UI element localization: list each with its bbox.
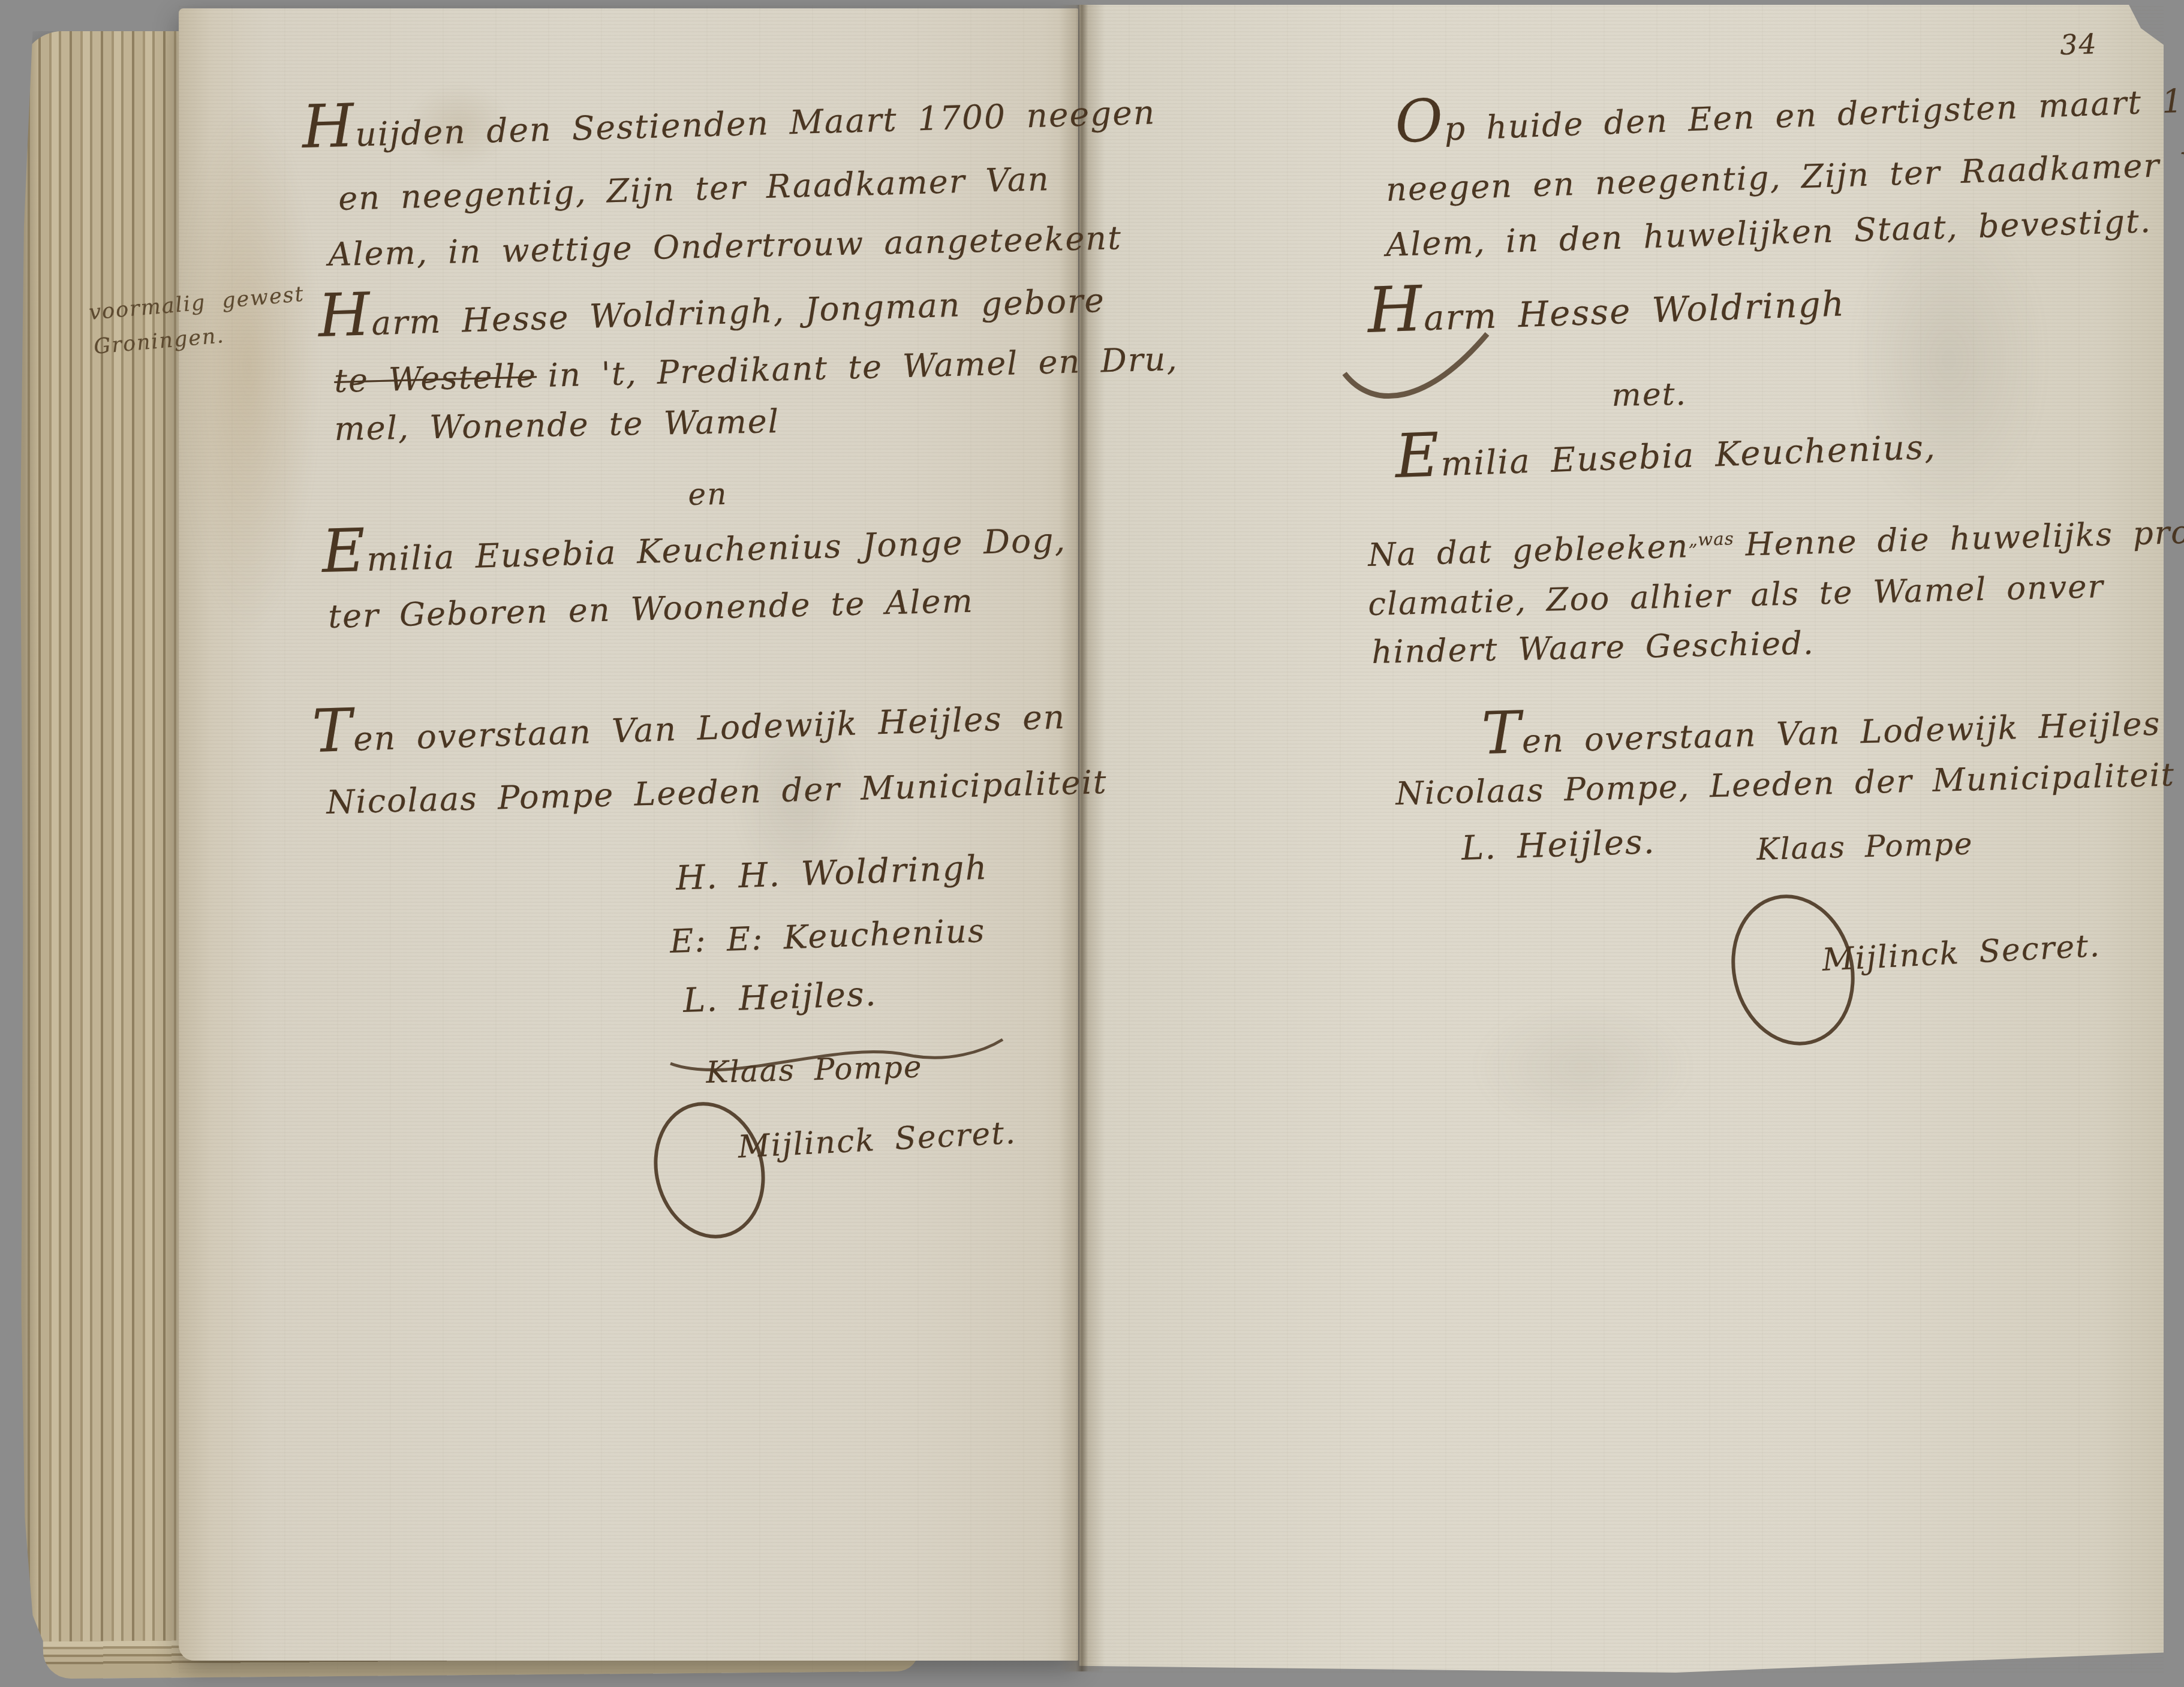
signature-pompe: Klaas Pompe xyxy=(706,1052,923,1087)
inserted-word: „was xyxy=(1688,528,1734,550)
left-groom-line-3: mel, Wonende te Wamel xyxy=(334,405,780,445)
page-stack-left-edge xyxy=(20,31,195,1664)
right-signature-heijles: L. Heijles. xyxy=(1461,826,1656,866)
right-conjunction-met: met. xyxy=(1611,379,1687,411)
crossed-out-text: te Westelle xyxy=(333,357,537,400)
manuscript-scan: 34 Huijden den Sestienden Maart 1700 nee… xyxy=(0,0,2184,1687)
page-number: 34 xyxy=(2059,30,2098,59)
right-proclamation-line-3: hindert Waare Geschied. xyxy=(1371,628,1815,668)
signature-heijles: L. Heijles. xyxy=(682,978,877,1018)
right-signature-pompe: Klaas Pompe xyxy=(1756,829,1974,864)
left-conjunction-en: en xyxy=(688,479,728,510)
